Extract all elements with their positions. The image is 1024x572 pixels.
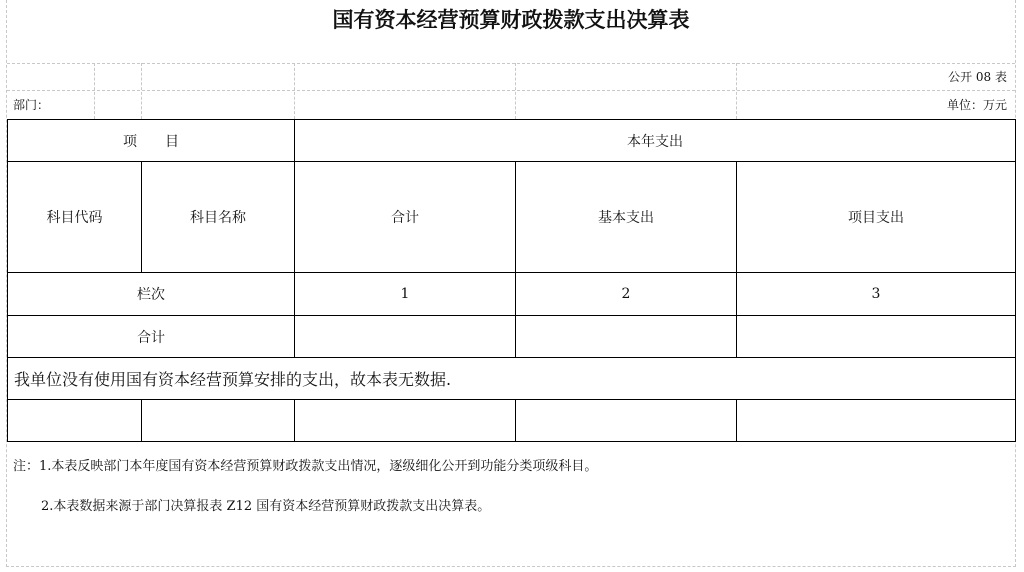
col-total: 合计: [295, 162, 516, 273]
empty-cell: [737, 400, 1016, 442]
empty-cell: [516, 400, 737, 442]
report-title: 国有资本经营预算财政拨款支出决算表: [7, 0, 1015, 63]
grid-divider: [94, 63, 95, 119]
form-number: 公开 08 表: [948, 68, 1007, 85]
total-cell: [737, 316, 1016, 358]
grid-divider: [7, 63, 1015, 64]
col-basic: 基本支出: [516, 162, 737, 273]
grid-divider: [515, 63, 516, 119]
total-cell: [295, 316, 516, 358]
expenditure-table: 项 目 本年支出 科目代码 科目名称 合计 基本支出 项目支出 栏次 1 2 3…: [7, 119, 1016, 442]
col-name: 科目名称: [142, 162, 295, 273]
col-project: 项目支出: [737, 162, 1016, 273]
grid-divider: [736, 63, 737, 119]
grid-divider: [294, 63, 295, 119]
empty-cell: [295, 400, 516, 442]
department-label: 部门：: [13, 96, 49, 113]
note-2: 2.本表数据来源于部门决算报表 Z12 国有资本经营预算财政拨款支出决算表。: [41, 495, 490, 514]
column-number: 3: [737, 273, 1016, 316]
report-page: 国有资本经营预算财政拨款支出决算表 公开 08 表 部门： 单位：万元 项 目 …: [6, 0, 1016, 567]
grid-divider: [141, 63, 142, 119]
header-item: 项 目: [8, 120, 295, 162]
column-number: 1: [295, 273, 516, 316]
total-cell: [516, 316, 737, 358]
row-column-index-label: 栏次: [8, 273, 295, 316]
unit-label: 单位：万元: [947, 96, 1007, 113]
column-number: 2: [516, 273, 737, 316]
note-1: 注：1.本表反映部门本年度国有资本经营预算财政拨款支出情况，逐级细化公开到功能分…: [13, 455, 597, 474]
row-total-label: 合计: [8, 316, 295, 358]
no-data-message: 我单位没有使用国有资本经营预算安排的支出，故本表无数据.: [8, 358, 1016, 400]
empty-cell: [8, 400, 142, 442]
col-code: 科目代码: [8, 162, 142, 273]
empty-cell: [142, 400, 295, 442]
grid-divider: [7, 90, 1015, 91]
header-current-year: 本年支出: [295, 120, 1016, 162]
